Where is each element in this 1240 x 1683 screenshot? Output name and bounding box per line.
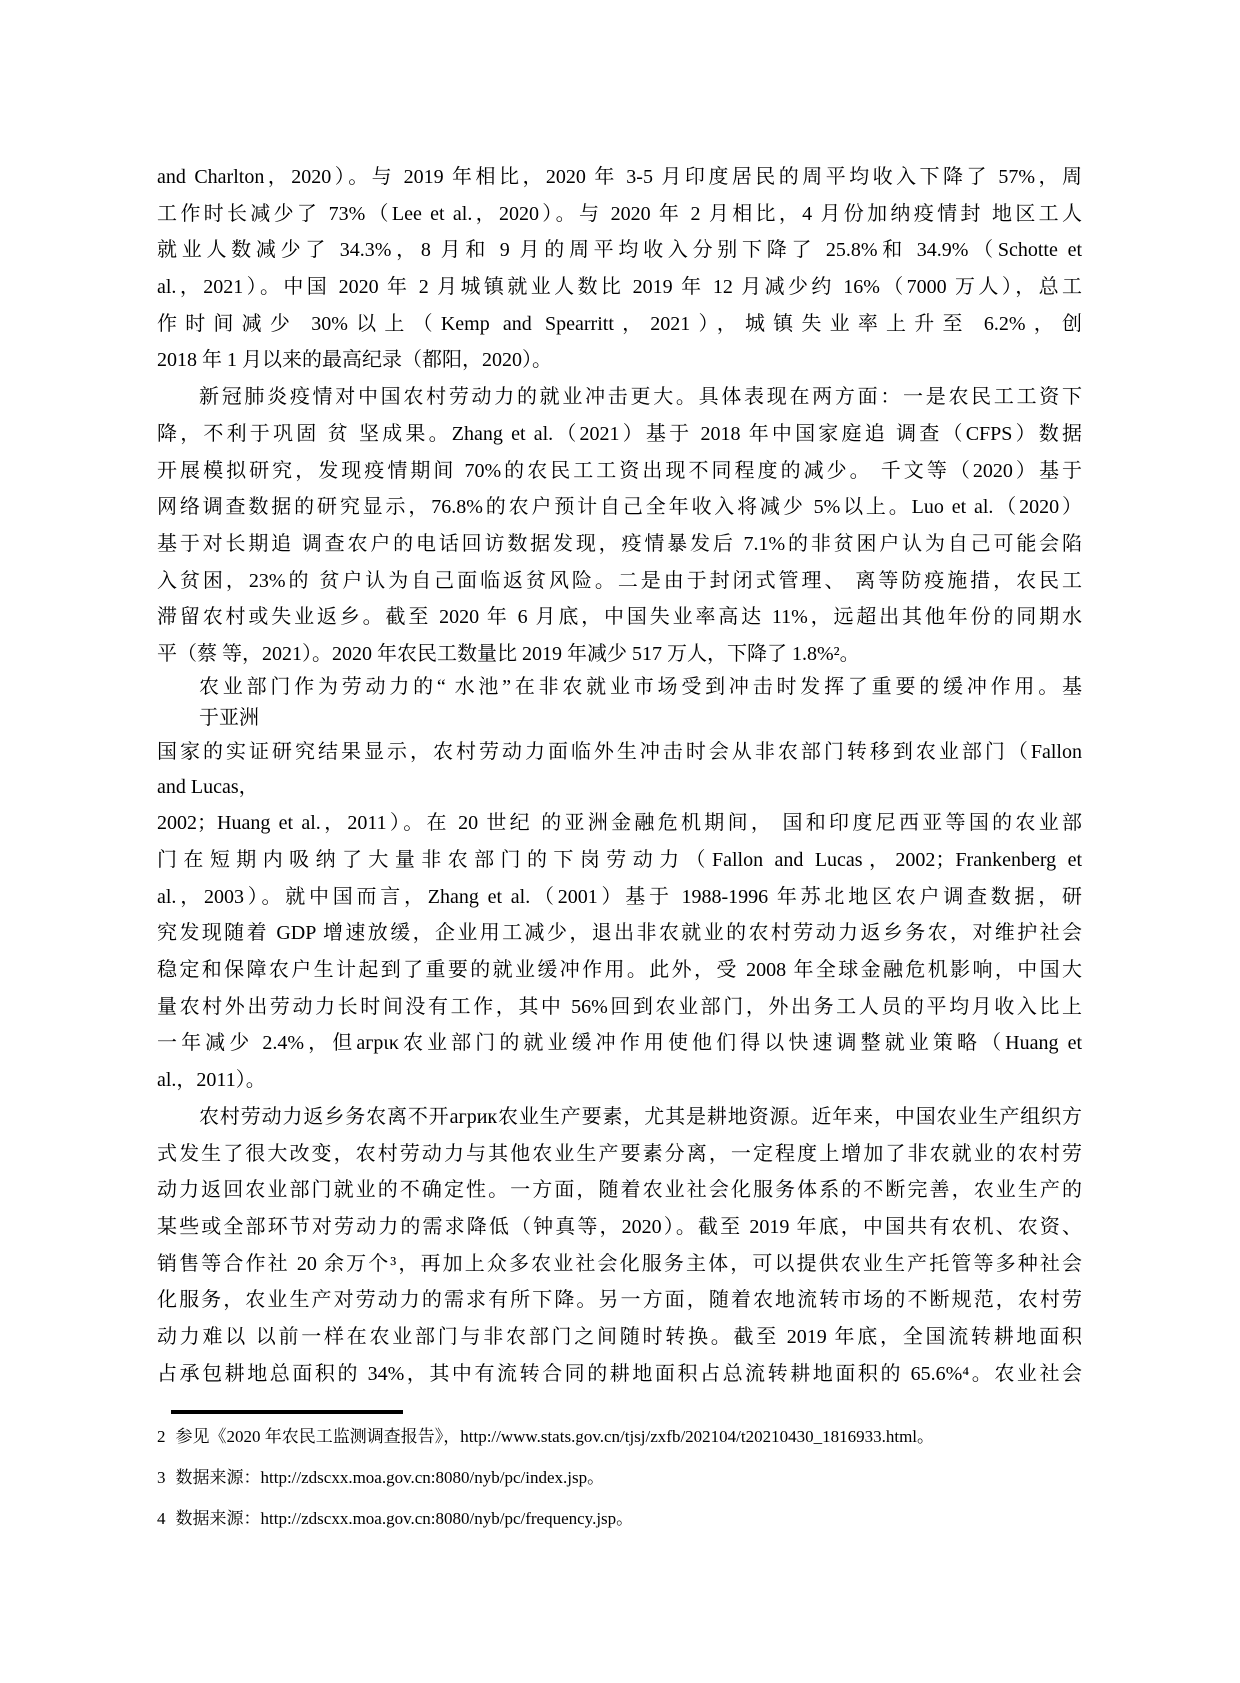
body-line paragraph-start: 农业部门作为劳动力的“ 水池”在非农就业市场受到冲击时发挥了重要的缓冲作用。基 (157, 673, 1082, 702)
footnote: 4数据来源：http://zdscxx.moa.gov.cn:8080/nyb/… (157, 1498, 1082, 1539)
body-line: 滞留农村或失业返乡。截至 2020 年 6 月底，中国失业率高达 11%，远超出… (157, 599, 1082, 636)
body-line: 究发现随着 GDP 增速放缓，企业用工减少，退出非农就业的农村劳动力返乡务农，对… (157, 915, 1082, 952)
footnote-marker: 4 (157, 1509, 166, 1528)
body-line: 某些或全部环节对劳动力的需求降低（钟真等，2020）。截至 2019 年底，中国… (157, 1209, 1082, 1246)
body-line: 作时间减少 30%以上（Kemp and Spearritt，2021），城镇失… (157, 306, 1082, 343)
body-line: 2002；Huang et al.，2011）。在 20 世纪 的亚洲金融危机期… (157, 805, 1082, 842)
footnote-text: 数据来源：http://zdscxx.moa.gov.cn:8080/nyb/p… (176, 1509, 634, 1528)
body-line: 量农村外出劳动力长时间没有工作，其中 56%回到农业部门，外出务工人员的平均月收… (157, 989, 1082, 1026)
body-line: 动力难以 以前一样在农业部门与非农部门之间随时转换。截至 2019 年底，全国流… (157, 1319, 1082, 1356)
body-line: and Lucas， (157, 769, 1082, 806)
body-line paragraph-start: 新冠肺炎疫情对中国农村劳动力的就业冲击更大。具体表现在两方面：一是农民工工资下 (157, 379, 1082, 416)
body-line: 国家的实证研究结果显示，农村劳动力面临外生冲击时会从非农部门转移到农业部门（Fa… (157, 735, 1082, 769)
footnote-separator (171, 1410, 403, 1414)
body-text: and Charlton，2020）。与 2019 年相比，2020 年 3-5… (157, 159, 1082, 1392)
body-line: 式发生了很大改变，农村劳动力与其他农业生产要素分离，一定程度上增加了非农就业的农… (157, 1136, 1082, 1173)
body-line: 平（蔡 等，2021）。2020 年农民工数量比 2019 年减少 517 万人… (157, 636, 1082, 673)
body-line: al.，2021）。中国 2020 年 2 月城镇就业人数比 2019 年 12… (157, 269, 1082, 306)
body-line: al.，2011）。 (157, 1062, 1082, 1099)
body-line: 入贫困，23%的 贫户认为自己面临返贫风险。二是由于封闭式管理、 离等防疫施措，… (157, 563, 1082, 600)
body-line: 2018 年 1 月以来的最高纪录（都阳，2020）。 (157, 342, 1082, 379)
footnote-marker: 2 (157, 1427, 166, 1446)
footnote: 2参见《2020 年农民工监测调查报告》，http://www.stats.go… (157, 1416, 1082, 1457)
footnote-text: 参见《2020 年农民工监测调查报告》，http://www.stats.gov… (176, 1427, 935, 1446)
body-line: 基于对长期追 调查农户的电话回访数据发现，疫情暴发后 7.1%的非贫困户认为自己… (157, 526, 1082, 563)
document-page: and Charlton，2020）。与 2019 年相比，2020 年 3-5… (0, 0, 1240, 1683)
body-line: 于亚洲 (157, 702, 1082, 735)
footnote-text: 数据来源：http://zdscxx.moa.gov.cn:8080/nyb/p… (176, 1468, 605, 1487)
body-line: 网络调查数据的研究显示，76.8%的农户预计自己全年收入将减少 5%以上。Luo… (157, 489, 1082, 526)
body-line: 开展模拟研究，发现疫情期间 70%的农民工工资出现不同程度的减少。 千文等（20… (157, 453, 1082, 490)
body-line: 销售等合作社 20 余万个³，再加上众多农业社会化服务主体，可以提供农业生产托管… (157, 1246, 1082, 1283)
body-line: 一年减少 2.4%，但агрικ农业部门的就业缓冲作用使他们得以快速调整就业策略… (157, 1025, 1082, 1062)
body-line: 降，不利于巩固 贫 坚成果。Zhang et al.（2021）基于 2018 … (157, 416, 1082, 453)
footnotes: 2参见《2020 年农民工监测调查报告》，http://www.stats.go… (157, 1416, 1082, 1539)
body-line: al.，2003）。就中国而言，Zhang et al.（2001）基于 198… (157, 879, 1082, 916)
body-line: 化服务，农业生产对劳动力的需求有所下降。另一方面，随着农地流转市场的不断规范，农… (157, 1282, 1082, 1319)
body-line: 动力返回农业部门就业的不确定性。一方面，随着农业社会化服务体系的不断完善，农业生… (157, 1172, 1082, 1209)
body-line: 门在短期内吸纳了大量非农部门的下岗劳动力（Fallon and Lucas，20… (157, 842, 1082, 879)
body-line: 占承包耕地总面积的 34%，其中有流转合同的耕地面积占总流转耕地面积的 65.6… (157, 1356, 1082, 1393)
body-line: and Charlton，2020）。与 2019 年相比，2020 年 3-5… (157, 159, 1082, 196)
footnote: 3数据来源：http://zdscxx.moa.gov.cn:8080/nyb/… (157, 1457, 1082, 1498)
footnote-marker: 3 (157, 1468, 166, 1487)
body-line: 就业人数减少了 34.3%，8 月和 9 月的周平均收入分别下降了 25.8%和… (157, 232, 1082, 269)
body-line paragraph-start: 农村劳动力返乡务农离不开агрик农业生产要素，尤其是耕地资源。近年来，中国农业… (157, 1099, 1082, 1136)
body-line: 工作时长减少了 73%（Lee et al.，2020）。与 2020 年 2 … (157, 196, 1082, 233)
body-line: 稳定和保障农户生计起到了重要的就业缓冲作用。此外，受 2008 年全球金融危机影… (157, 952, 1082, 989)
